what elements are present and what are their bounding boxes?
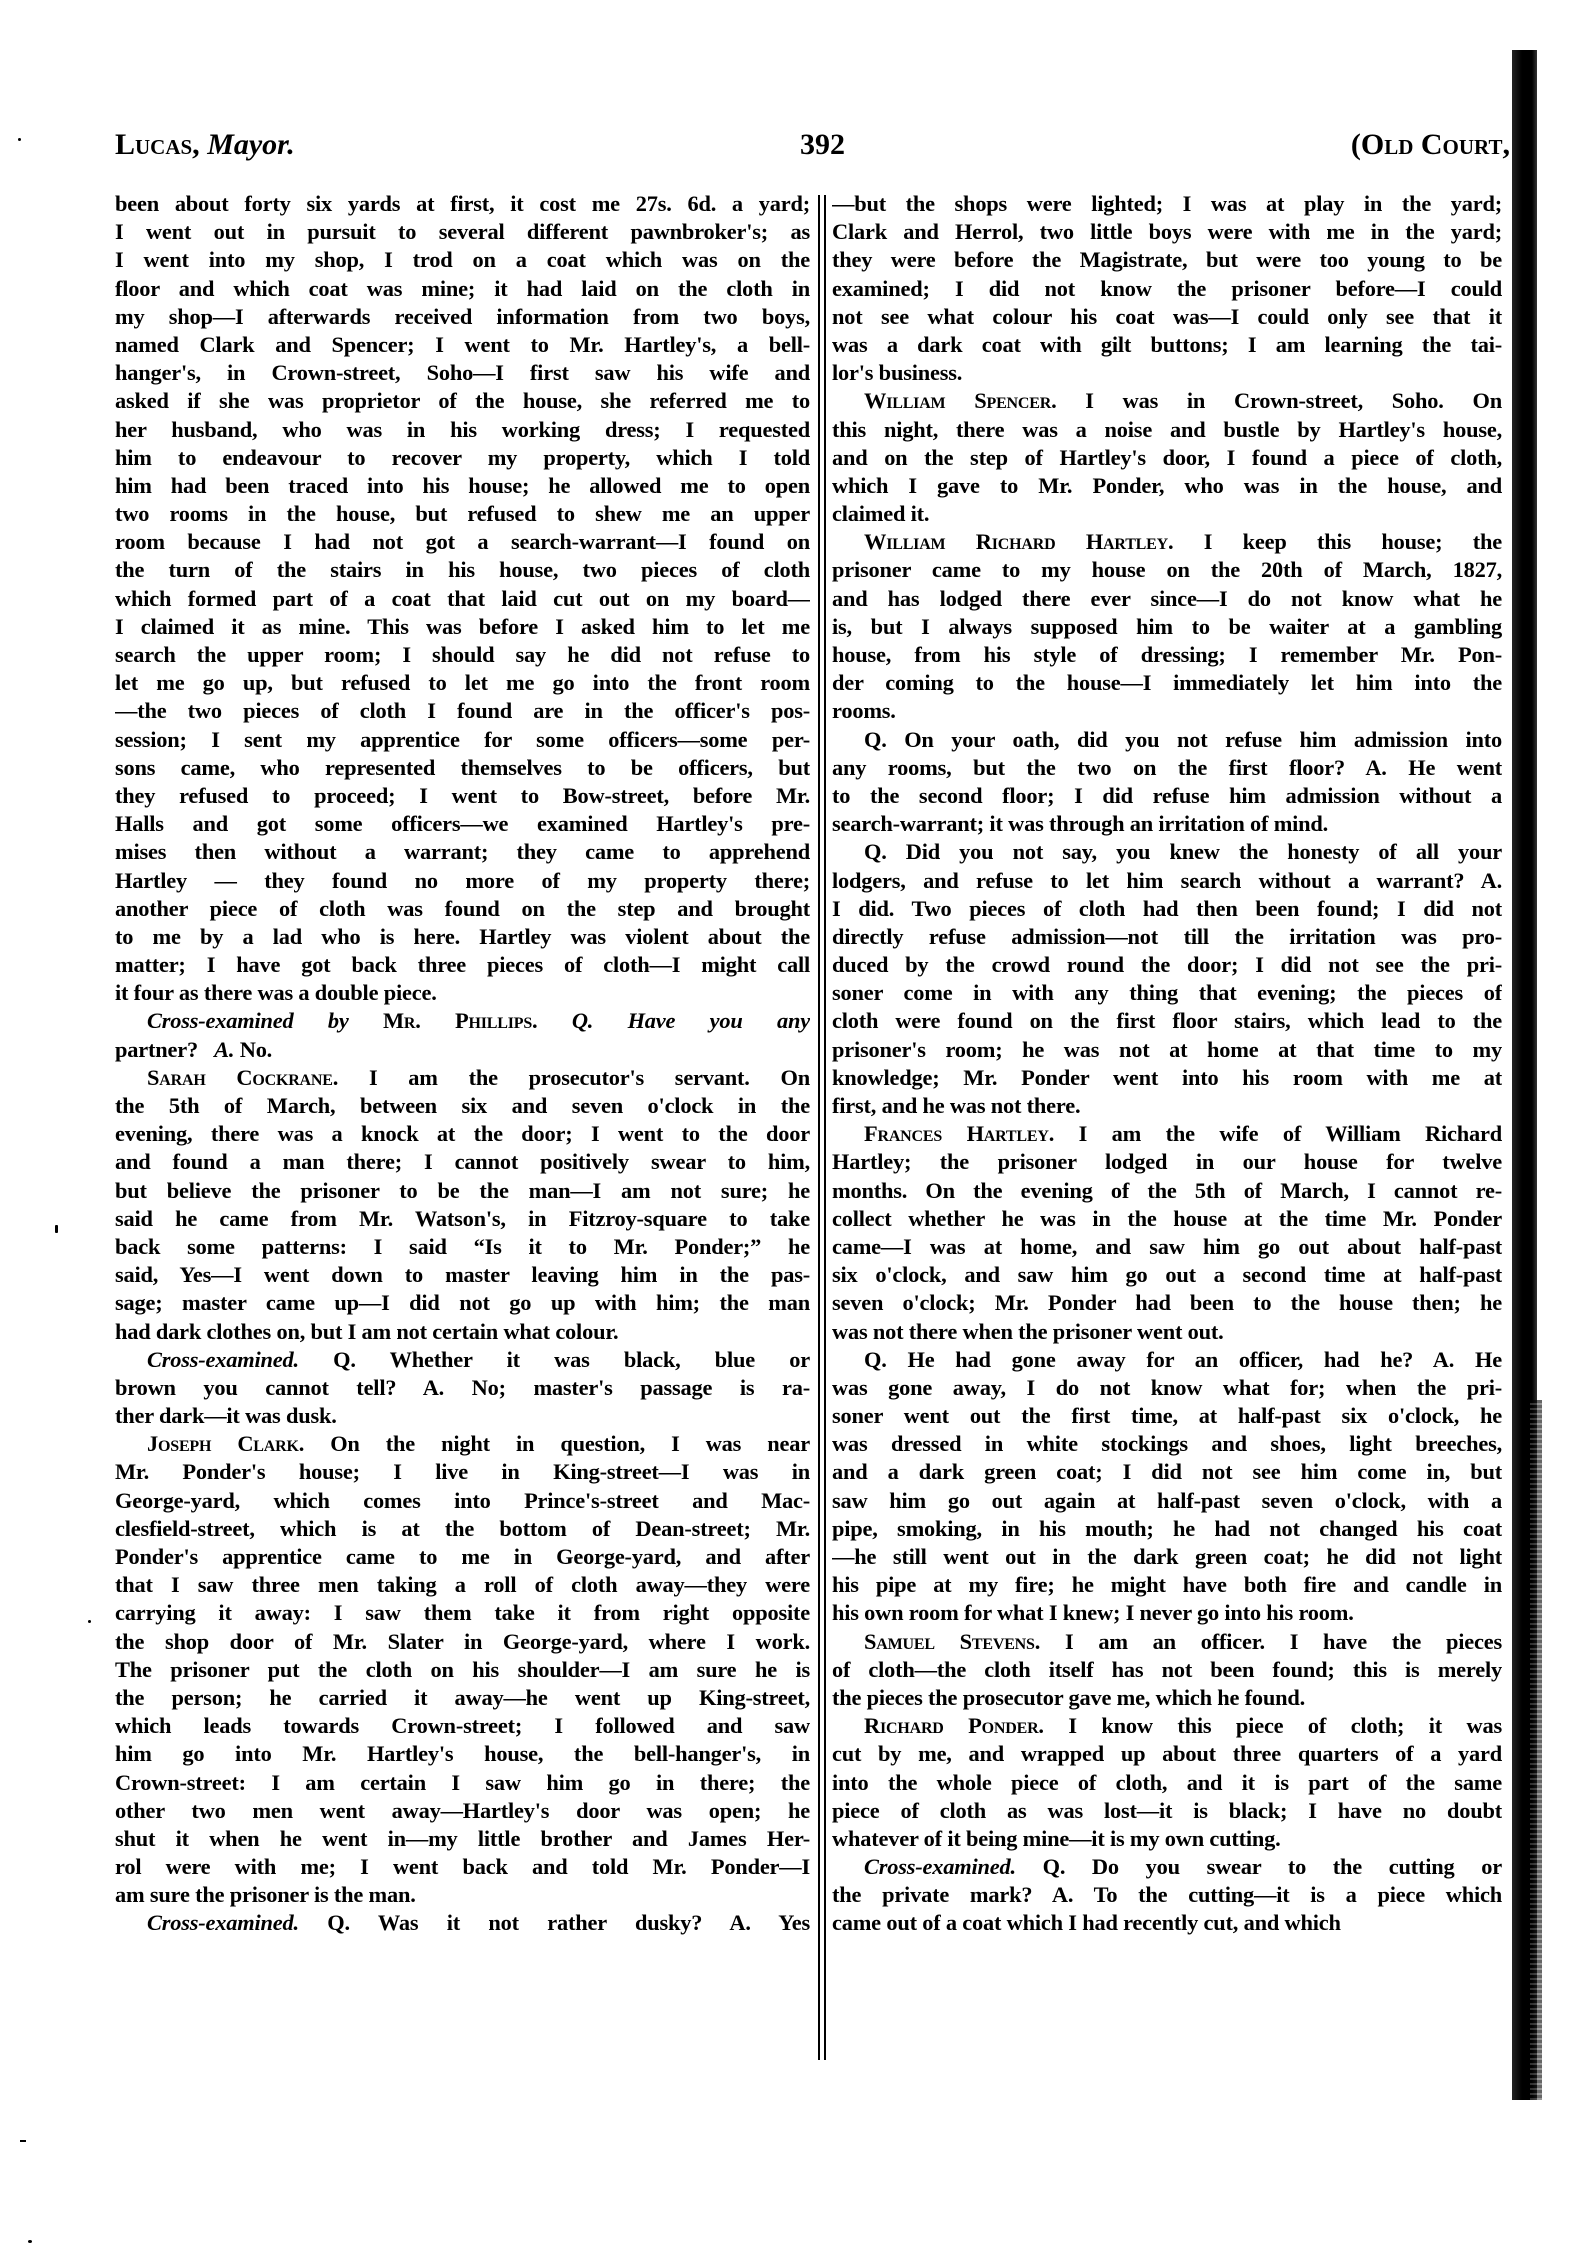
text-line: house, from his style of dressing; I rem… [832,641,1502,669]
text-line: not see what colour his coat was—I could… [832,303,1502,331]
text-line: is, but I always supposed him to be wait… [832,613,1502,641]
text-line: of cloth—the cloth itself has not been f… [832,1656,1502,1684]
text-line: his pipe at my fire; he might have both … [832,1571,1502,1599]
text-line: brown you cannot tell? A. No; master's p… [115,1374,810,1402]
witness-hartley-testimony: prisoner came to my house on the 20th of… [832,556,1502,725]
text-line: any rooms, but the two on the first floo… [832,754,1502,782]
column-divider-double-rule [818,195,826,2060]
text-line: pipe, smoking, in his mouth; he had not … [832,1515,1502,1543]
cross-examination-phillips: Cross-examined by Mr. Phillips. Q. Have … [115,1007,810,1035]
question-officer: Q. He had gone away for an officer, had … [832,1346,1502,1374]
text-line: other two men went away—Hartley's door w… [115,1797,810,1825]
witness-clark-testimony: Mr. Ponder's house; I live in King-stree… [115,1458,810,1909]
text-line: prisoner's room; he was not at home at t… [832,1036,1502,1064]
text-line: it four as there was a double piece. [115,979,810,1007]
text-line: —the two pieces of cloth I found are in … [115,697,810,725]
witness-name: William Spencer. [864,388,1056,413]
text-line: —but the shops were lighted; I was at pl… [832,190,1502,218]
text-line: evening, there was a knock at the door; … [115,1120,810,1148]
text-line: and on the step of Hartley's door, I fou… [832,444,1502,472]
witness-name: Samuel Stevens. [864,1629,1040,1654]
text-line: I claimed it as mine. This was before I … [115,613,810,641]
text-line: saw him go out again at half-past seven … [832,1487,1502,1515]
question-officer-answer: was gone away, I do not know what for; w… [832,1374,1502,1628]
scan-speck [28,2240,32,2243]
witness-spencer-testimony: this night, there was a noise and bustle… [832,416,1502,529]
text-line: der coming to the house—I immediately le… [832,669,1502,697]
text-line: knowledge; Mr. Ponder went into his room… [832,1064,1502,1092]
text-line: back some patterns: I said “Is it to Mr.… [115,1233,810,1261]
text-line: the shop door of Mr. Slater in George-ya… [115,1628,810,1656]
testimony-continued: —but the shops were lighted; I was at pl… [832,190,1502,387]
text-line: into the whole piece of cloth, and it is… [832,1769,1502,1797]
witness-stevens-heading: Samuel Stevens. I am an officer. I have … [832,1628,1502,1656]
text-line: and a dark green coat; I did not see him… [832,1458,1502,1486]
text-line: prisoner came to my house on the 20th of… [832,556,1502,584]
text-line: let me go up, but refused to let me go i… [115,669,810,697]
text-line: session; I sent my apprentice for some o… [115,726,810,754]
text-line: came—I was at home, and saw him go out a… [832,1233,1502,1261]
text-line: carrying it away: I saw them take it fro… [115,1599,810,1627]
text-line: another piece of cloth was found on the … [115,895,810,923]
text-line: the pieces the prosecutor gave me, which… [832,1684,1502,1712]
text-line: Hartley; the prisoner lodged in our hous… [832,1148,1502,1176]
witness-cockrane-testimony: the 5th of March, between six and seven … [115,1092,810,1346]
text-line: floor and which coat was mine; it had la… [115,275,810,303]
text-line: and has lodged there ever since—I do not… [832,585,1502,613]
text-line: this night, there was a noise and bustle… [832,416,1502,444]
text-line: sage; master came up—I did not go up wit… [115,1289,810,1317]
text-line: search-warrant; it was through an irrita… [832,810,1502,838]
text-line: my shop—I afterwards received informatio… [115,303,810,331]
text-line: six o'clock, and saw him go out a second… [832,1261,1502,1289]
witness-name: Sarah Cockrane. [147,1065,338,1090]
text-line: was not there when the prisoner went out… [832,1318,1502,1346]
text-line: George-yard, which comes into Prince's-s… [115,1487,810,1515]
text-line: I did. Two pieces of cloth had then been… [832,895,1502,923]
text-line: I went out in pursuit to several differe… [115,218,810,246]
text-line: her husband, who was in his working dres… [115,416,810,444]
text-line: Ponder's apprentice came to me in George… [115,1543,810,1571]
text-line: the person; he carried it away—he went u… [115,1684,810,1712]
scan-speck [88,1620,91,1623]
text-line: been about forty six yards at first, it … [115,190,810,218]
text-line: rol were with me; I went back and told M… [115,1853,810,1881]
text-line: directly refuse admission—not till the i… [832,923,1502,951]
scan-binding-shadow-fade [1530,1400,1542,2100]
text-line: to me by a lad who is here. Hartley was … [115,923,810,951]
text-line: search the upper room; I should say he d… [115,641,810,669]
text-line: Clark and Herrol, two little boys were w… [832,218,1502,246]
text-line: was a dark coat with gilt buttons; I am … [832,331,1502,359]
text-line: the private mark? A. To the cutting—it i… [832,1881,1502,1909]
text-line: to the second floor; I did refuse him ad… [832,782,1502,810]
text-line: they refused to proceed; I went to Bow-s… [115,782,810,810]
witness-frances-heading: Frances Hartley. I am the wife of Willia… [832,1120,1502,1148]
text-line: Hartley — they found no more of my prope… [115,867,810,895]
text-line: that I saw three men taking a roll of cl… [115,1571,810,1599]
left-column: been about forty six yards at first, it … [115,190,810,1938]
text-line: but believe the prisoner to be the man—I… [115,1177,810,1205]
cross-examination-heading: Cross-examined. Q. Whether it was black,… [115,1346,810,1374]
scan-speck [18,138,21,141]
text-line: I went into my shop, I trod on a coat wh… [115,246,810,274]
witness-name: Frances Hartley. [864,1121,1054,1146]
header-right: (Old Court, [1351,128,1510,162]
text-line: lodgers, and refuse to let him search wi… [832,867,1502,895]
text-line: examined; I did not know the prisoner be… [832,275,1502,303]
text-line: Mr. Ponder's house; I live in King-stree… [115,1458,810,1486]
text-line: came out of a coat which I had recently … [832,1909,1502,1937]
text-line: and found a man there; I cannot positive… [115,1148,810,1176]
text-line: was dressed in white stockings and shoes… [832,1430,1502,1458]
text-line: room because I had not got a search-warr… [115,528,810,556]
witness-ponder-testimony: cut by me, and wrapped up about three qu… [832,1740,1502,1853]
witness-hartley-heading: William Richard Hartley. I keep this hou… [832,528,1502,556]
text-line: soner went out the first time, at half-p… [832,1402,1502,1430]
text-line: they were before the Magistrate, but wer… [832,246,1502,274]
text-line: which leads towards Crown-street; I foll… [115,1712,810,1740]
text-line: the 5th of March, between six and seven … [115,1092,810,1120]
scan-speck [20,2140,26,2142]
text-line: hanger's, in Crown-street, Soho—I first … [115,359,810,387]
text-line: cloth were found on the first floor stai… [832,1007,1502,1035]
page-number: 392 [115,128,1510,162]
text-line: claimed it. [832,500,1502,528]
question-honesty-answer: lodgers, and refuse to let him search wi… [832,867,1502,1121]
text-line: him go into Mr. Hartley's house, the bel… [115,1740,810,1768]
text-line: two rooms in the house, but refused to s… [115,500,810,528]
text-line: sons came, who represented themselves to… [115,754,810,782]
witness-ponder-heading: Richard Ponder. I know this piece of clo… [832,1712,1502,1740]
question-oath: Q. On your oath, did you not refuse him … [832,726,1502,754]
text-line: first, and he was not there. [832,1092,1502,1120]
text-line: lor's business. [832,359,1502,387]
cross-examination-heading: Cross-examined. Q. Was it not rather dus… [115,1909,810,1937]
testimony-continued: been about forty six yards at first, it … [115,190,810,1007]
question-honesty: Q. Did you not say, you knew the honesty… [832,838,1502,866]
witness-clark-heading: Joseph Clark. On the night in question, … [115,1430,810,1458]
text-line: Crown-street: I am certain I saw him go … [115,1769,810,1797]
text-line: which I gave to Mr. Ponder, who was in t… [832,472,1502,500]
witness-stevens-testimony: of cloth—the cloth itself has not been f… [832,1656,1502,1712]
text-line: his own room for what I knew; I never go… [832,1599,1502,1627]
question-oath-answer: any rooms, but the two on the first floo… [832,754,1502,839]
text-line: named Clark and Spencer; I went to Mr. H… [115,331,810,359]
text-line: said, Yes—I went down to master leaving … [115,1261,810,1289]
text-line: which formed part of a coat that laid cu… [115,585,810,613]
witness-cockrane-heading: Sarah Cockrane. I am the prosecutor's se… [115,1064,810,1092]
text-line: seven o'clock; Mr. Ponder had been to th… [832,1289,1502,1317]
running-header: Lucas, Mayor. 392 (Old Court, [115,128,1510,172]
text-line: the turn of the stairs in his house, two… [115,556,810,584]
cross-answer: partner? A. No. [115,1036,810,1064]
text-line: soner come in with any thing that evenin… [832,979,1502,1007]
witness-name: Richard Ponder. [864,1713,1044,1738]
cross-examination-heading: Cross-examined. Q. Do you swear to the c… [832,1853,1502,1881]
witness-spencer-heading: William Spencer. I was in Crown-street, … [832,387,1502,415]
text-line: ther dark—it was dusk. [115,1402,810,1430]
text-line: matter; I have got back three pieces of … [115,951,810,979]
text-line: whatever of it being mine—it is my own c… [832,1825,1502,1853]
text-line: clesfield-street, which is at the bottom… [115,1515,810,1543]
text-line: him had been traced into his house; he a… [115,472,810,500]
scan-speck [55,1225,58,1233]
text-line: duced by the crowd round the door; I did… [832,951,1502,979]
witness-name: Joseph Clark. [147,1431,304,1456]
text-line: months. On the evening of the 5th of Mar… [832,1177,1502,1205]
text-line: am sure the prisoner is the man. [115,1881,810,1909]
text-line: collect whether he was in the house at t… [832,1205,1502,1233]
text-line: mises then without a warrant; they came … [115,838,810,866]
text-line: said he came from Mr. Watson's, in Fitzr… [115,1205,810,1233]
text-line: had dark clothes on, but I am not certai… [115,1318,810,1346]
text-line: piece of cloth as was lost—it is black; … [832,1797,1502,1825]
text-line: The prisoner put the cloth on his should… [115,1656,810,1684]
text-line: was gone away, I do not know what for; w… [832,1374,1502,1402]
text-line: rooms. [832,697,1502,725]
text-line: him to endeavour to recover my property,… [115,444,810,472]
cross-examination-text: brown you cannot tell? A. No; master's p… [115,1374,810,1430]
text-line: cut by me, and wrapped up about three qu… [832,1740,1502,1768]
text-line: Halls and got some officers—we examined … [115,810,810,838]
witness-frances-testimony: Hartley; the prisoner lodged in our hous… [832,1148,1502,1345]
witness-name: William Richard Hartley. [864,529,1173,554]
text-line: —he still went out in the dark green coa… [832,1543,1502,1571]
cross-examination-text: the private mark? A. To the cutting—it i… [832,1881,1502,1937]
right-column: —but the shops were lighted; I was at pl… [832,190,1502,1938]
text-line: asked if she was proprietor of the house… [115,387,810,415]
text-line: shut it when he went in—my little brothe… [115,1825,810,1853]
